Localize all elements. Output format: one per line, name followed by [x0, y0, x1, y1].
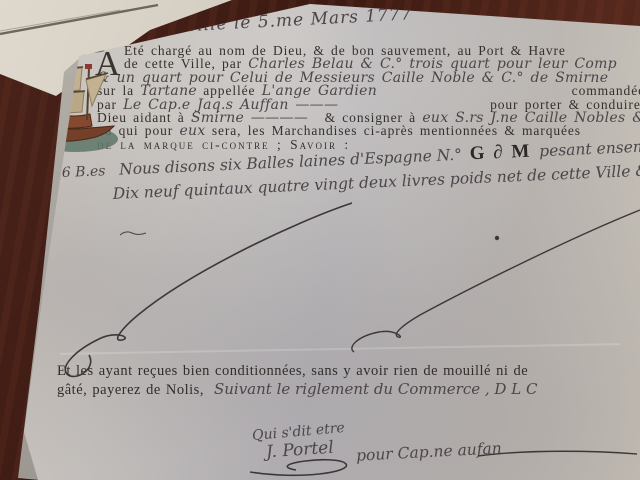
- closing-line-2: gâté, payerez de Nolis, Suivant le rigle…: [57, 380, 640, 399]
- cipher-bottom-row: ME: [15, 176, 53, 198]
- captain-clause: par Le Cap.e Jaq.s Auffan ———: [97, 98, 338, 111]
- bill-of-lading-document: A Marseille le 5.me Mars 1777 A Été char…: [0, 0, 640, 480]
- destination-clause: Dieu aidant à Smirne ————: [97, 111, 308, 124]
- printed-text: commandée: [572, 84, 640, 97]
- cipher-letters-CN: CN: [5, 147, 45, 181]
- body-line-4: sur la Tartane appellée L'ange Gardien c…: [97, 84, 640, 97]
- printed-bale-mark: G ∂ M: [469, 141, 531, 165]
- printed-text: gâté, payerez de Nolis,: [57, 382, 204, 399]
- body-line-2: de cette Ville, par Charles Belau & C.° …: [124, 57, 640, 70]
- closing-line-1: Et les ayant reçues bien conditionnées, …: [57, 363, 640, 380]
- cipher-sub-letter: C: [38, 162, 51, 182]
- body-line-3: & un quart pour Celui de Messieurs Caill…: [97, 71, 640, 84]
- handwritten-quantity: 6 B.es: [62, 163, 106, 181]
- consignee-clause: & consigner à eux S.rs J.ne Caille Noble…: [325, 111, 640, 124]
- merchant-mark-cipher: CNC ME: [5, 148, 53, 198]
- cipher-top-row: CNC: [5, 148, 51, 184]
- printed-body-paragraph: A Été chargé au nom de Dieu, & de bon sa…: [97, 44, 640, 151]
- body-line-7: ou qui pour eux sera, les Marchandises c…: [97, 124, 640, 137]
- vessel-clause: sur la Tartane appellée L'ange Gardien: [97, 84, 377, 97]
- handwritten-weight-intro: pesant ensemble: [539, 136, 640, 160]
- paper-crease: [60, 343, 620, 355]
- signature-on-behalf: pour Cap.ne aufan: [356, 439, 503, 465]
- body-line-6: Dieu aidant à Smirne ———— & consigner à …: [97, 111, 640, 124]
- signature: J. Portel: [265, 438, 334, 463]
- photo-of-document: A Marseille le 5.me Mars 1777 A Été char…: [0, 0, 640, 480]
- handwritten-freight-terms: Suivant le riglement du Commerce , D L C: [214, 380, 537, 398]
- body-line-5: par Le Cap.e Jaq.s Auffan ——— pour porte…: [97, 98, 640, 111]
- printed-text: pour porter & conduire,: [490, 98, 640, 111]
- closing-clause: Et les ayant reçues bien conditionnées, …: [57, 363, 640, 399]
- body-line-1: Été chargé au nom de Dieu, & de bon sauv…: [124, 44, 640, 57]
